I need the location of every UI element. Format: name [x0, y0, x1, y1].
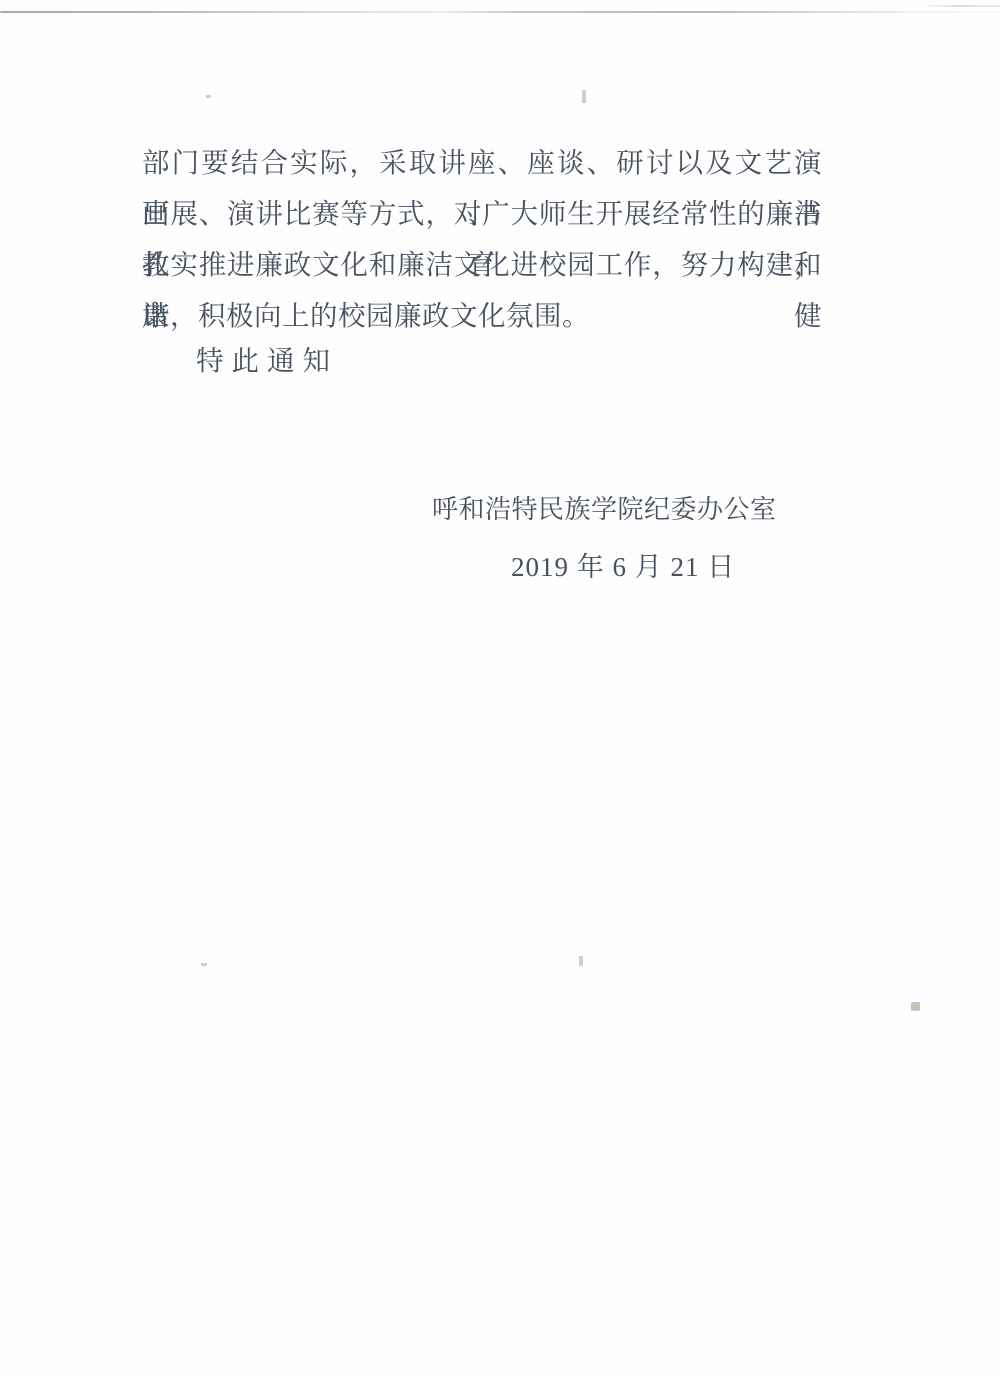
signature-date: 2019 年 6 月 21 日: [511, 548, 735, 586]
scan-speck: [579, 956, 583, 966]
scan-speck: [206, 95, 211, 98]
scanner-edge-line: [0, 11, 1000, 13]
paragraph-line: 画展、演讲比赛等方式，对广大师生开展经常性的廉洁教育，: [142, 188, 822, 239]
scanner-edge-line-right: [928, 5, 1000, 7]
scan-speck: [582, 90, 586, 103]
document-body: 部门要结合实际，采取讲座、座谈、研讨以及文艺演出、书 画展、演讲比赛等方式，对广…: [142, 137, 822, 341]
signature-organization: 呼和浩特民族学院纪委办公室: [432, 492, 777, 528]
scanned-document-page: 部门要结合实际，采取讲座、座谈、研讨以及文艺演出、书 画展、演讲比赛等方式，对广…: [0, 0, 1000, 1375]
closing-phrase: 特此通知: [196, 341, 338, 381]
scan-speck: [911, 1002, 920, 1011]
paragraph-line: 部门要结合实际，采取讲座、座谈、研讨以及文艺演出、书: [142, 137, 822, 188]
scan-speck: [201, 963, 207, 966]
paragraph-line: 扎实推进廉政文化和廉洁文化进校园工作，努力构建和谐健: [142, 239, 822, 290]
